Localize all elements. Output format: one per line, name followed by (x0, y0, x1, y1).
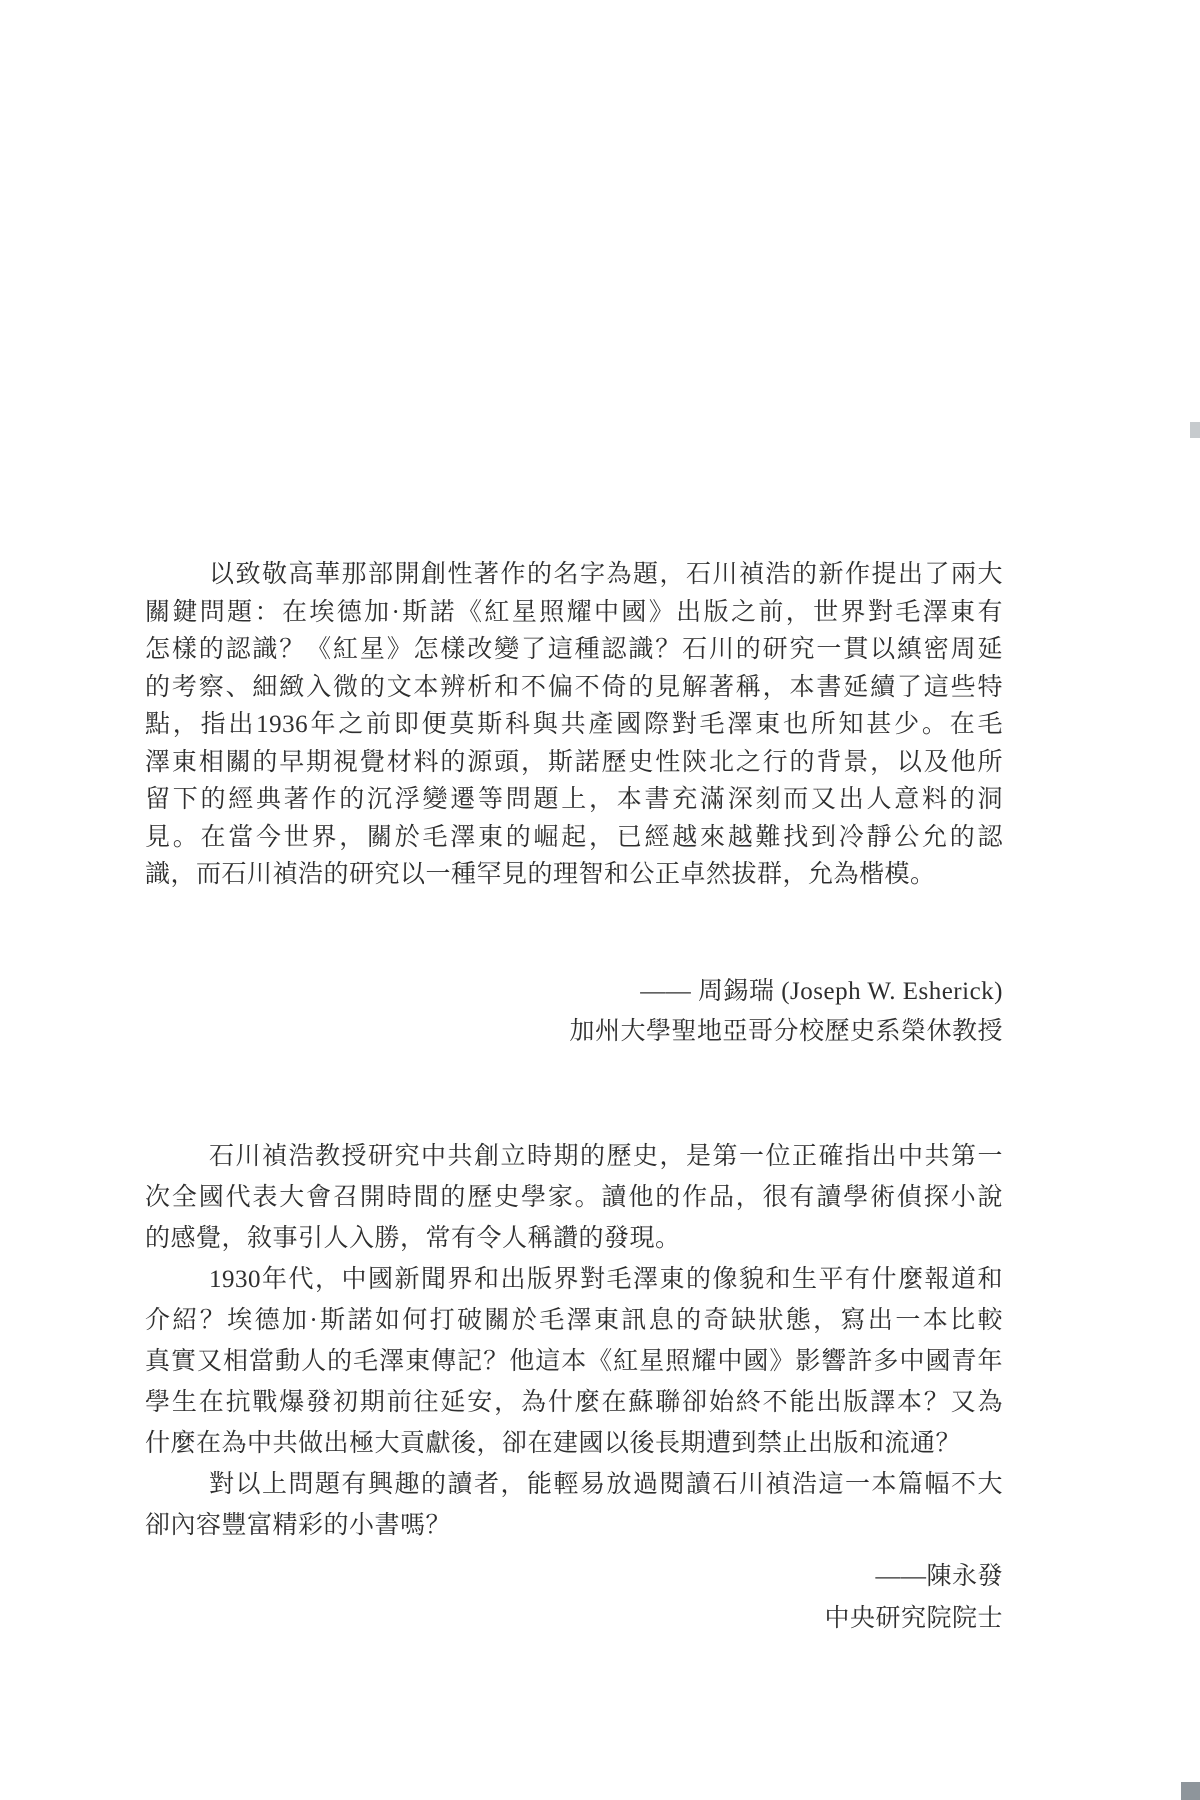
text-line: 關鍵問題：在埃德加·斯諾《紅星照耀中國》出版之前，世界對毛澤東有 (145, 594, 1003, 632)
text-line: 以致敬高華那部開創性著作的名字為題，石川禎浩的新作提出了兩大 (145, 556, 1003, 594)
text-line: 真實又相當動人的毛澤東傳記？他這本《紅星照耀中國》影響許多中國青年 (145, 1341, 1003, 1382)
book-page: 以致敬高華那部開創性著作的名字為題，石川禎浩的新作提出了兩大 關鍵問題：在埃德加… (0, 0, 1200, 1800)
scan-artifact-corner (1181, 1782, 1200, 1800)
text-line: 怎樣的認識？《紅星》怎樣改變了這種認識？石川的研究一貫以縝密周延 (145, 631, 1003, 669)
text-line: 什麼在為中共做出極大貢獻後，卻在建國以後長期遭到禁止出版和流通？ (145, 1423, 1003, 1464)
attribution-name: —— 周錫瑞 (Joseph W. Esherick) (145, 972, 1003, 1012)
text-line: 對以上問題有興趣的讀者，能輕易放過閱讀石川禎浩這一本篇幅不大 (145, 1464, 1003, 1505)
endorsement-1-attribution: —— 周錫瑞 (Joseph W. Esherick) 加州大學聖地亞哥分校歷史… (145, 972, 1003, 1052)
scan-artifact-right-edge (1190, 422, 1200, 438)
endorsement-block-1: 以致敬高華那部開創性著作的名字為題，石川禎浩的新作提出了兩大 關鍵問題：在埃德加… (145, 556, 1003, 894)
attribution-title: 加州大學聖地亞哥分校歷史系榮休教授 (145, 1012, 1003, 1052)
text-line: 次全國代表大會召開時間的歷史學家。讀他的作品，很有讀學術偵探小說 (145, 1177, 1003, 1218)
text-line: 1930年代，中國新聞界和出版界對毛澤東的像貌和生平有什麼報道和 (145, 1259, 1003, 1300)
text-line: 點，指出1936年之前即便莫斯科與共產國際對毛澤東也所知甚少。在毛 (145, 706, 1003, 744)
text-line: 的考察、細緻入微的文本辨析和不偏不倚的見解著稱，本書延續了這些特 (145, 669, 1003, 707)
text-line: 澤東相關的早期視覺材料的源頭，斯諾歷史性陝北之行的背景，以及他所 (145, 744, 1003, 782)
text-line: 見。在當今世界，關於毛澤東的崛起，已經越來越難找到冷靜公允的認 (145, 819, 1003, 857)
text-line: 學生在抗戰爆發初期前往延安，為什麼在蘇聯卻始終不能出版譯本？又為 (145, 1382, 1003, 1423)
text-line: 石川禎浩教授研究中共創立時期的歷史，是第一位正確指出中共第一 (145, 1136, 1003, 1177)
text-line: 識，而石川禎浩的研究以一種罕見的理智和公正卓然拔群，允為楷模。 (145, 856, 1003, 894)
text-line: 留下的經典著作的沉浮變遷等問題上，本書充滿深刻而又出人意料的洞 (145, 781, 1003, 819)
endorsement-block-2: 石川禎浩教授研究中共創立時期的歷史，是第一位正確指出中共第一 次全國代表大會召開… (145, 1136, 1003, 1546)
text-line: 卻內容豐富精彩的小書嗎？ (145, 1505, 1003, 1546)
text-line: 介紹？埃德加·斯諾如何打破關於毛澤東訊息的奇缺狀態，寫出一本比較 (145, 1300, 1003, 1341)
attribution-name: ——陳永發 (145, 1556, 1003, 1598)
text-line: 的感覺，敘事引人入勝，常有令人稱讚的發現。 (145, 1218, 1003, 1259)
endorsement-2-attribution: ——陳永發 中央研究院院士 (145, 1556, 1003, 1640)
attribution-title: 中央研究院院士 (145, 1598, 1003, 1640)
